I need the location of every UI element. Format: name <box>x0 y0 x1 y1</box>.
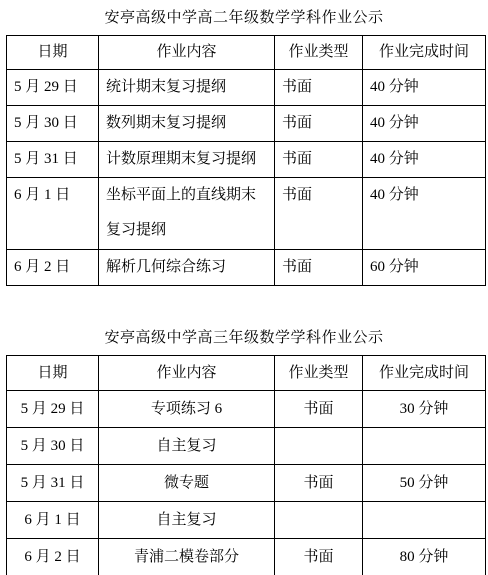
table-row: 5 月 29 日 统计期末复习提纲 书面 40 分钟 <box>7 70 486 106</box>
table-row: 6 月 2 日 青浦二模卷部分 书面 80 分钟 <box>7 539 486 575</box>
date-cell: 5 月 29 日 <box>7 391 99 428</box>
type-cell <box>275 502 363 539</box>
time-cell: 80 分钟 <box>363 539 486 575</box>
time-cell: 60 分钟 <box>363 250 486 286</box>
grade3-header-time: 作业完成时间 <box>363 356 486 391</box>
time-cell: 40 分钟 <box>363 142 486 178</box>
time-cell: 40 分钟 <box>363 70 486 106</box>
date-cell: 6 月 2 日 <box>7 539 99 575</box>
grade2-header-time: 作业完成时间 <box>363 36 486 70</box>
date-cell: 5 月 30 日 <box>7 106 99 142</box>
table-row: 5 月 30 日 数列期末复习提纲 书面 40 分钟 <box>7 106 486 142</box>
type-cell: 书面 <box>275 465 363 502</box>
date-cell: 5 月 30 日 <box>7 428 99 465</box>
date-cell: 6 月 1 日 <box>7 502 99 539</box>
type-cell: 书面 <box>275 391 363 428</box>
grade2-header-content: 作业内容 <box>99 36 275 70</box>
date-cell: 6 月 2 日 <box>7 250 99 286</box>
grade2-header-date: 日期 <box>7 36 99 70</box>
content-cell: 自主复习 <box>99 428 275 465</box>
content-cell: 数列期末复习提纲 <box>99 106 275 142</box>
content-cell: 自主复习 <box>99 502 275 539</box>
date-cell: 5 月 29 日 <box>7 70 99 106</box>
type-cell: 书面 <box>275 106 363 142</box>
type-cell: 书面 <box>275 70 363 106</box>
time-cell: 40 分钟 <box>363 106 486 142</box>
type-cell: 书面 <box>275 250 363 286</box>
grade3-header-row: 日期 作业内容 作业类型 作业完成时间 <box>7 356 486 391</box>
content-cell: 青浦二模卷部分 <box>99 539 275 575</box>
content-cell: 统计期末复习提纲 <box>99 70 275 106</box>
time-cell: 50 分钟 <box>363 465 486 502</box>
content-cell: 计数原理期末复习提纲 <box>99 142 275 178</box>
grade3-homework-table: 日期 作业内容 作业类型 作业完成时间 5 月 29 日 专项练习 6 书面 3… <box>6 355 486 575</box>
table-row: 5 月 30 日 自主复习 <box>7 428 486 465</box>
time-cell: 40 分钟 <box>363 178 486 250</box>
type-cell: 书面 <box>275 539 363 575</box>
grade3-header-date: 日期 <box>7 356 99 391</box>
time-cell <box>363 428 486 465</box>
grade3-header-type: 作业类型 <box>275 356 363 391</box>
type-cell <box>275 428 363 465</box>
grade3-table-title: 安亭高级中学高三年级数学学科作业公示 <box>0 328 488 348</box>
table-row: 6 月 1 日 自主复习 <box>7 502 486 539</box>
type-cell: 书面 <box>275 142 363 178</box>
table-row: 6 月 1 日 坐标平面上的直线期末复习提纲 书面 40 分钟 <box>7 178 486 250</box>
grade2-header-type: 作业类型 <box>275 36 363 70</box>
table-row: 5 月 31 日 微专题 书面 50 分钟 <box>7 465 486 502</box>
content-cell: 微专题 <box>99 465 275 502</box>
table-row: 5 月 29 日 专项练习 6 书面 30 分钟 <box>7 391 486 428</box>
table-row: 5 月 31 日 计数原理期末复习提纲 书面 40 分钟 <box>7 142 486 178</box>
grade2-header-row: 日期 作业内容 作业类型 作业完成时间 <box>7 36 486 70</box>
grade3-header-content: 作业内容 <box>99 356 275 391</box>
type-cell: 书面 <box>275 178 363 250</box>
grade2-homework-table: 日期 作业内容 作业类型 作业完成时间 5 月 29 日 统计期末复习提纲 书面… <box>6 35 486 286</box>
date-cell: 5 月 31 日 <box>7 142 99 178</box>
date-cell: 5 月 31 日 <box>7 465 99 502</box>
time-cell <box>363 502 486 539</box>
time-cell: 30 分钟 <box>363 391 486 428</box>
content-cell: 专项练习 6 <box>99 391 275 428</box>
date-cell: 6 月 1 日 <box>7 178 99 250</box>
content-cell: 解析几何综合练习 <box>99 250 275 286</box>
document-page: 安亭高级中学高二年级数学学科作业公示 日期 作业内容 作业类型 作业完成时间 5… <box>0 0 488 575</box>
grade2-table-title: 安亭高级中学高二年级数学学科作业公示 <box>0 8 488 28</box>
content-cell: 坐标平面上的直线期末复习提纲 <box>99 178 275 250</box>
table-row: 6 月 2 日 解析几何综合练习 书面 60 分钟 <box>7 250 486 286</box>
